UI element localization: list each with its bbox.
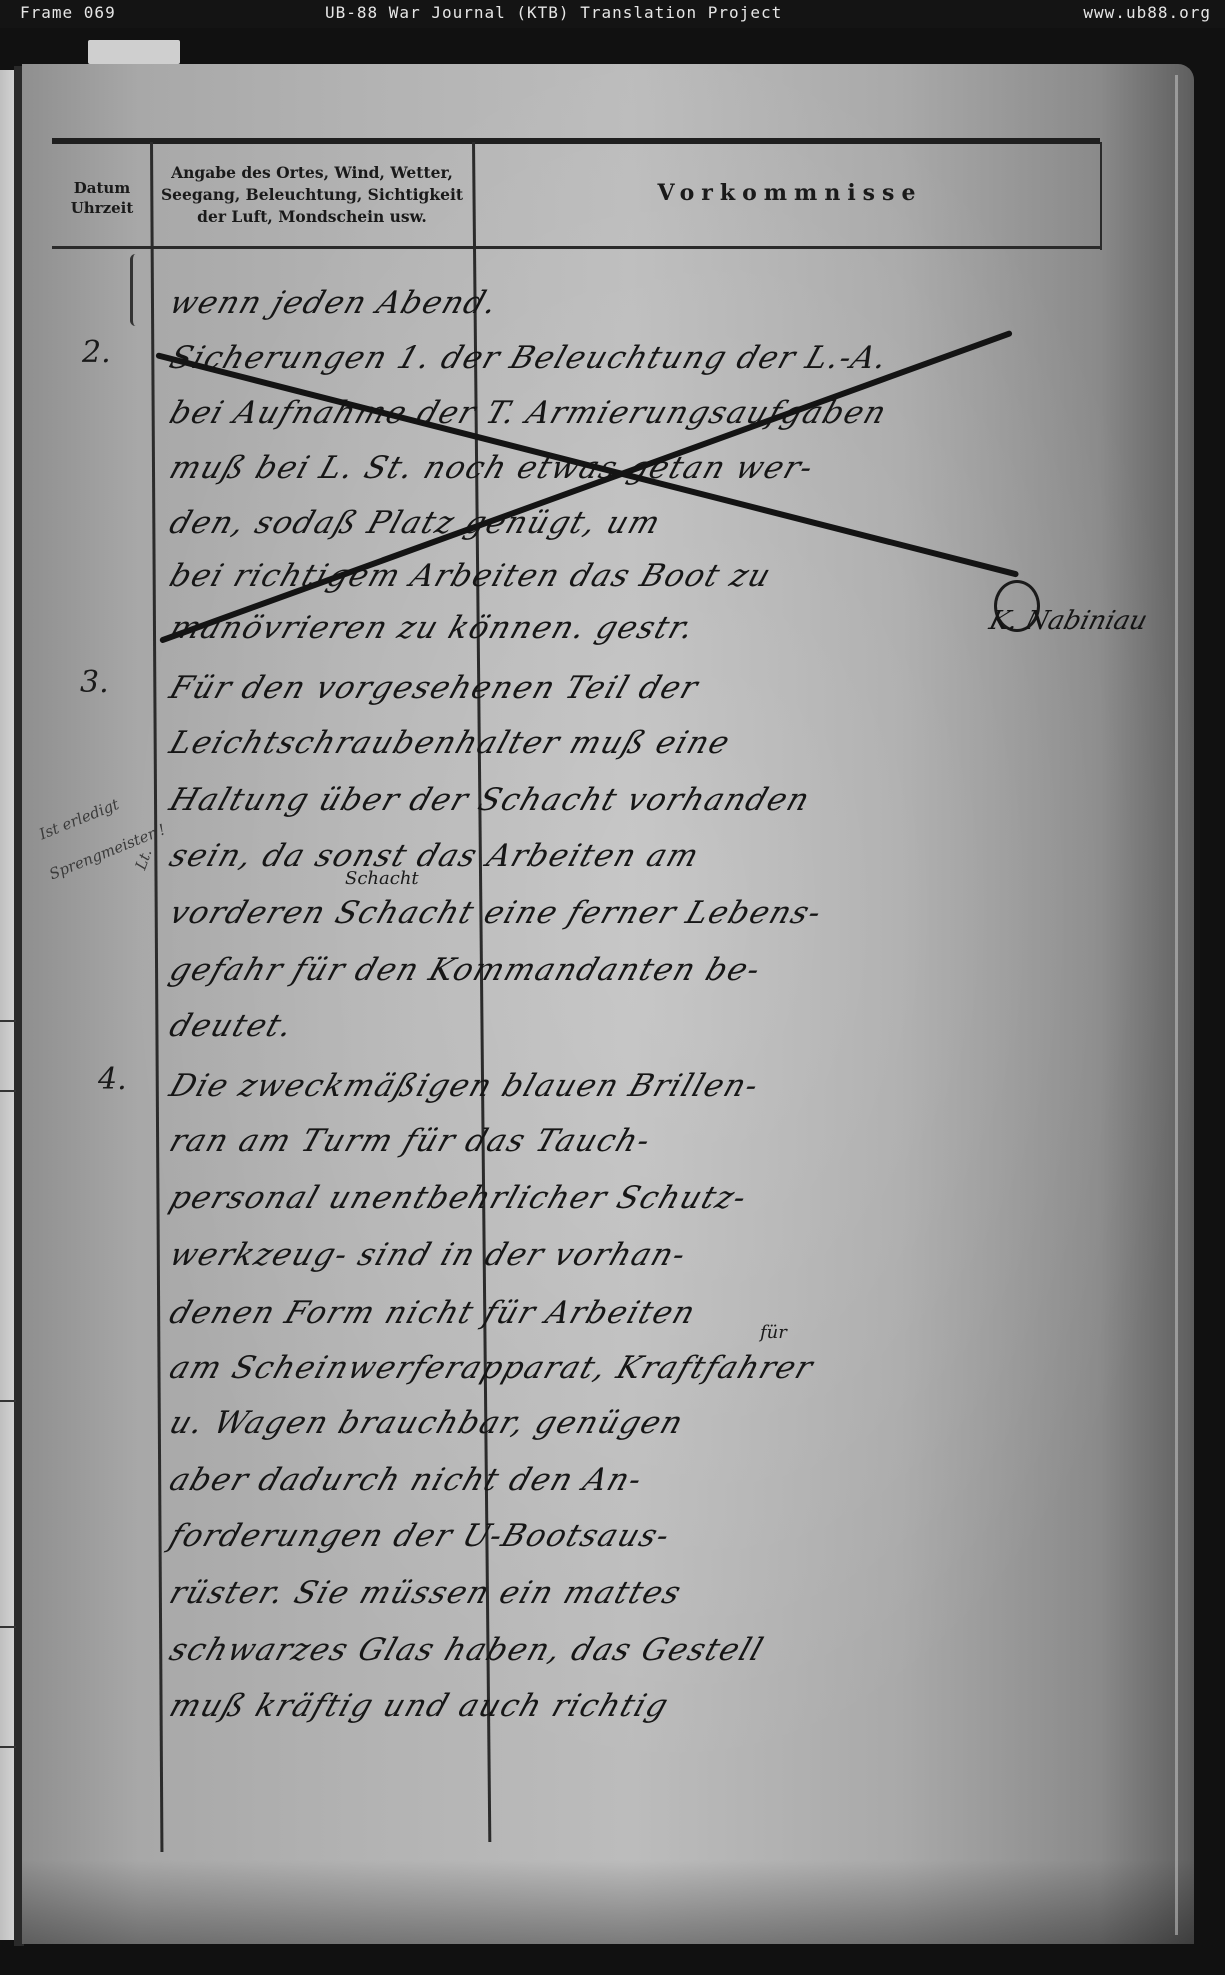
frame-caption-bar: Frame 069 UB-88 War Journal (KTB) Transl… bbox=[0, 0, 1225, 28]
handwritten-line: gefahr für den Kommandanten be- bbox=[165, 952, 766, 988]
handwritten-line: personal unentbehrlicher Schutz- bbox=[165, 1180, 752, 1216]
handwritten-line: werkzeug- sind in der vorhan- bbox=[165, 1237, 691, 1273]
handwritten-line: muß kräftig und auch richtig bbox=[165, 1688, 674, 1724]
handwritten-line: muß bei L. St. noch etwas getan wer- bbox=[165, 450, 819, 486]
handwritten-line: u. Wagen brauchbar, genügen bbox=[165, 1405, 689, 1441]
handwritten-line: manövrieren zu können. gestr. bbox=[165, 610, 700, 646]
handwritten-line: schwarzes Glas haben, das Gestell bbox=[165, 1632, 769, 1668]
handwritten-line: forderungen der U-Bootsaus- bbox=[165, 1518, 675, 1554]
project-url[interactable]: www.ub88.org bbox=[1083, 3, 1211, 22]
handwritten-line: aber dadurch nicht den An- bbox=[165, 1462, 648, 1498]
header-date-time: Datum Uhrzeit bbox=[56, 178, 148, 218]
table-top-rule bbox=[52, 138, 1100, 144]
handwritten-line: Haltung über der Schacht vorhanden bbox=[165, 782, 815, 818]
handwritten-line: am Scheinwerferapparat, Kraftfahrer bbox=[165, 1350, 818, 1386]
entry-number: 3. bbox=[80, 665, 109, 700]
header-events: Vorkommnisse bbox=[480, 180, 1100, 206]
handwritten-line: ran am Turm für das Tauch- bbox=[165, 1123, 656, 1159]
bracket-mark bbox=[130, 254, 141, 326]
handwritten-line: Die zweckmäßigen blauen Brillen- bbox=[165, 1068, 764, 1104]
handwritten-line: den, sodaß Platz genügt, um bbox=[165, 505, 666, 541]
frame-number: Frame 069 bbox=[20, 3, 116, 22]
insertion-above: Schacht bbox=[345, 868, 419, 889]
handwritten-line: Leichtschraubenhalter muß eine bbox=[165, 725, 735, 761]
insertion-above: für bbox=[760, 1322, 787, 1343]
paper-tab bbox=[88, 40, 180, 64]
handwritten-line: vorderen Schacht eine ferner Lebens- bbox=[165, 895, 827, 931]
handwritten-line: wenn jeden Abend. bbox=[165, 285, 503, 321]
handwritten-line: denen Form nicht für Arbeiten bbox=[165, 1295, 701, 1331]
table-header-rule bbox=[52, 246, 1100, 249]
signature: K. Nabiniau bbox=[986, 606, 1151, 636]
handwritten-line: bei richtigem Arbeiten das Boot zu bbox=[165, 558, 776, 594]
project-title: UB-88 War Journal (KTB) Translation Proj… bbox=[325, 3, 782, 22]
adjacent-page-writing bbox=[0, 1000, 20, 1800]
handwritten-line: rüster. Sie müssen ein mattes bbox=[165, 1575, 687, 1611]
page-shadow bbox=[22, 1860, 1194, 1944]
entry-number: 2. bbox=[82, 335, 111, 370]
entry-number: 4. bbox=[98, 1062, 127, 1097]
handwritten-line: deutet. bbox=[165, 1008, 298, 1044]
column-divider-right bbox=[1100, 142, 1102, 250]
header-place-weather: Angabe des Ortes, Wind, Wetter, Seegang,… bbox=[156, 162, 468, 228]
page-right-edge bbox=[1175, 75, 1178, 1935]
handwritten-line: Für den vorgesehenen Teil der bbox=[165, 670, 704, 706]
handwritten-line: sein, da sonst das Arbeiten am bbox=[165, 838, 704, 874]
handwritten-line: Sicherungen 1. der Beleuchtung der L.-A. bbox=[165, 340, 893, 376]
